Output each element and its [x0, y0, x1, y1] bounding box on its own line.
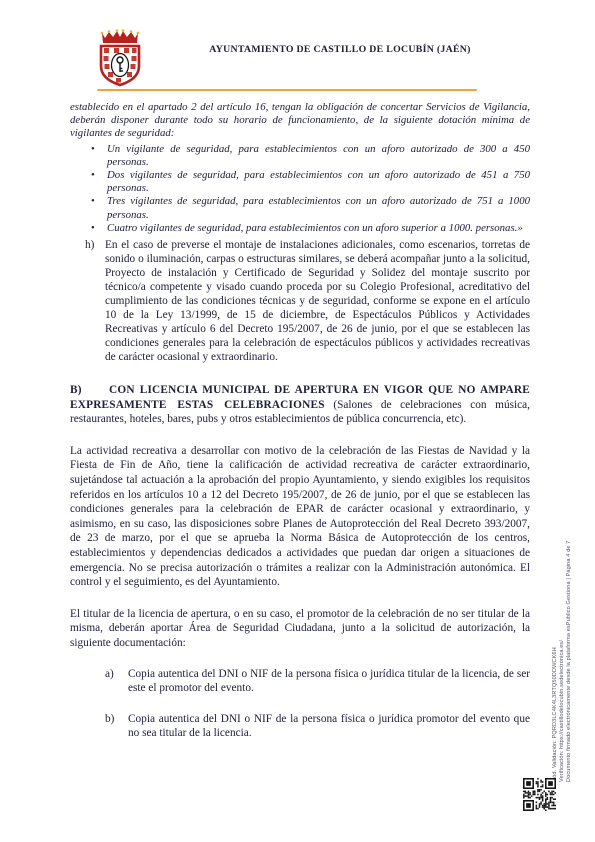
list-item: Dos vigilantes de seguridad, para establ…: [90, 169, 530, 195]
section-b-heading: B)CON LICENCIA MUNICIPAL DE APERTURA EN …: [70, 383, 530, 427]
item-h-label: h): [85, 238, 105, 252]
vigilantes-bullet-list: Un vigilante de seguridad, para establec…: [70, 143, 530, 235]
doc-item-a: a)Copia autentica del DNI o NIF de la pe…: [70, 667, 530, 696]
list-item: Tres vigilantes de seguridad, para estab…: [90, 195, 530, 221]
signature-validation-strip: Cód. Validación: PQRD3LC4K4L3RTQ50DDWCK6…: [552, 434, 574, 782]
paragraph-titular: El titular de la licencia de apertura, o…: [70, 607, 530, 651]
signature-note-page-number: Documento firmado electrónicamente desde…: [566, 434, 573, 782]
item-h-paragraph: h)En el caso de preverse el montaje de i…: [70, 238, 530, 364]
qr-code: [523, 778, 556, 811]
doc-item-a-label: a): [105, 667, 128, 682]
shield: [101, 46, 139, 85]
list-item: Un vigilante de seguridad, para establec…: [90, 143, 530, 169]
crown-icon: [101, 29, 140, 43]
doc-item-a-text: Copia autentica del DNI o NIF de la pers…: [128, 668, 530, 695]
page-title: AYUNTAMIENTO DE CASTILLO DE LOCUBÍN (JAÉ…: [150, 44, 530, 55]
validation-code: Cód. Validación: PQRD3LC4K4L3RTQ50DDWCK6…: [552, 434, 559, 782]
quoted-regulation-intro: establecido en el apartado 2 del artícul…: [70, 101, 530, 141]
doc-item-b-text: Copia autentica del DNI o NIF de la pers…: [128, 713, 530, 740]
verification-url: Verificación: https://castillodelocubin.…: [559, 434, 566, 782]
header-separator: [97, 89, 477, 91]
doc-item-b-label: b): [105, 712, 128, 727]
page-header: AYUNTAMIENTO DE CASTILLO DE LOCUBÍN (JAÉ…: [0, 0, 595, 100]
item-h-text: En el caso de preverse el montaje de ins…: [105, 239, 530, 363]
paragraph-activity: La actividad recreativa a desarrollar co…: [70, 444, 530, 590]
coat-of-arms-logo: [92, 29, 148, 87]
doc-item-b: b)Copia autentica del DNI o NIF de la pe…: [70, 712, 530, 741]
document-body: establecido en el apartado 2 del artícul…: [70, 101, 530, 741]
section-b-label: B): [70, 383, 109, 398]
list-item: Cuatro vigilantes de seguridad, para est…: [90, 222, 530, 235]
